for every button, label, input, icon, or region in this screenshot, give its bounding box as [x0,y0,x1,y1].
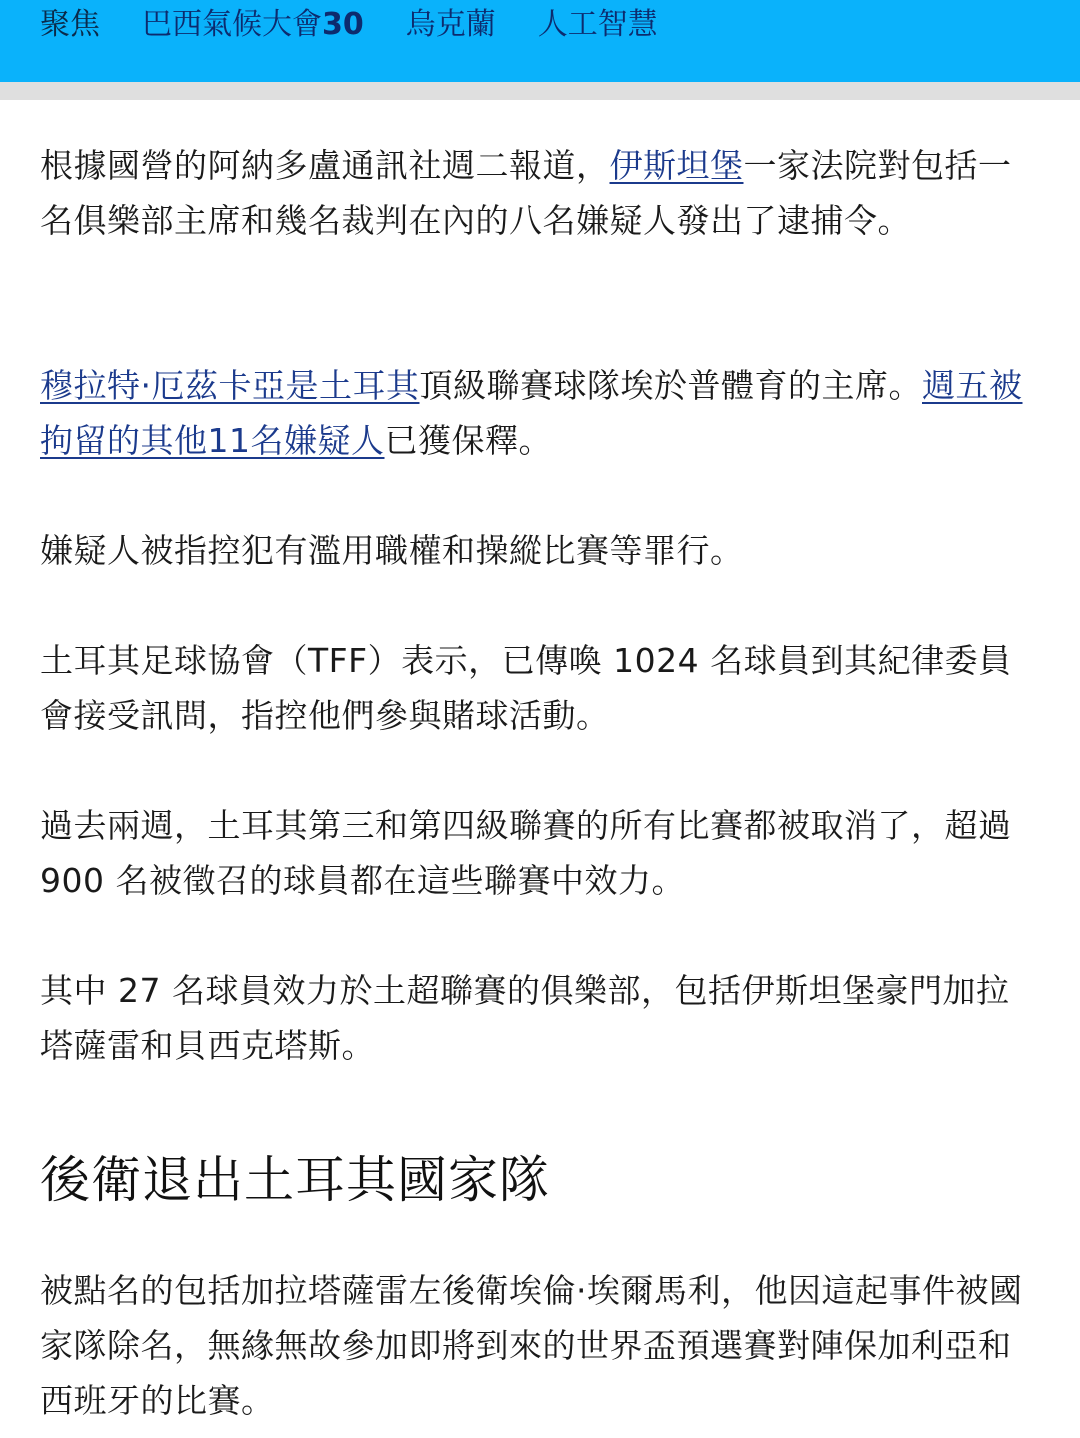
paragraph-3: 嫌疑人被指控犯有濫用職權和操縱比賽等罪行。 [40,523,1040,578]
paragraph-4: 土耳其足球協會（TFF）表示，已傳喚 1024 名球員到其紀律委員會接受訊問，指… [40,633,1040,743]
paragraph-6: 其中 27 名球員效力於土超聯賽的俱樂部，包括伊斯坦堡豪門加拉塔薩雷和貝西克塔斯… [40,963,1040,1073]
link-istanbul[interactable]: 伊斯坦堡 [610,146,744,185]
paragraph-7: 被點名的包括加拉塔薩雷左後衛埃倫·埃爾馬利，他因這起事件被國家隊除名，無緣無故參… [40,1263,1040,1428]
section-heading: 後衛退出土耳其國家隊 [40,1150,1040,1210]
link-murat-ozkaya[interactable]: 穆拉特·厄茲卡亞是土耳其 [40,366,420,405]
section-heading-text: 後衛退出土耳其國家隊 [40,1150,1040,1210]
paragraph-3-text: 嫌疑人被指控犯有濫用職權和操縱比賽等罪行。 [40,523,1040,578]
paragraph-2-text-after: 已獲保釋。 [385,421,553,460]
paragraph-6-text: 其中 27 名球員效力於土超聯賽的俱樂部，包括伊斯坦堡豪門加拉塔薩雷和貝西克塔斯… [40,963,1040,1073]
paragraph-2: 穆拉特·厄茲卡亞是土耳其頂級聯賽球隊埃於普體育的主席。週五被拘留的其他11名嫌疑… [40,358,1040,468]
nav-item-cop30-label: 巴西氣候大會 [142,7,322,42]
header-divider [0,82,1080,100]
nav-item-ukraine[interactable]: 烏克蘭 [406,10,496,40]
nav-item-ai[interactable]: 人工智慧 [538,10,658,40]
paragraph-4-text: 土耳其足球協會（TFF）表示，已傳喚 1024 名球員到其紀律委員會接受訊問，指… [40,633,1040,743]
paragraph-5-text: 過去兩週，土耳其第三和第四級聯賽的所有比賽都被取消了，超過 900 名被徵召的球… [40,798,1040,908]
paragraph-2-text-mid: 頂級聯賽球隊埃於普體育的主席。 [420,366,923,405]
paragraph-1: 根據國營的阿納多盧通訊社週二報道，伊斯坦堡一家法院對包括一名俱樂部主席和幾名裁判… [40,138,1040,248]
top-navigation-bar: 聚焦 巴西氣候大會30 烏克蘭 人工智慧 [0,0,1080,82]
nav-item-focus[interactable]: 聚焦 [40,10,100,40]
paragraph-5: 過去兩週，土耳其第三和第四級聯賽的所有比賽都被取消了，超過 900 名被徵召的球… [40,798,1040,908]
paragraph-1-text-before: 根據國營的阿納多盧通訊社週二報道， [40,146,610,185]
nav-item-cop30[interactable]: 巴西氣候大會30 [142,10,364,40]
paragraph-7-text: 被點名的包括加拉塔薩雷左後衛埃倫·埃爾馬利，他因這起事件被國家隊除名，無緣無故參… [40,1263,1040,1428]
nav-item-cop30-number: 30 [322,7,364,42]
